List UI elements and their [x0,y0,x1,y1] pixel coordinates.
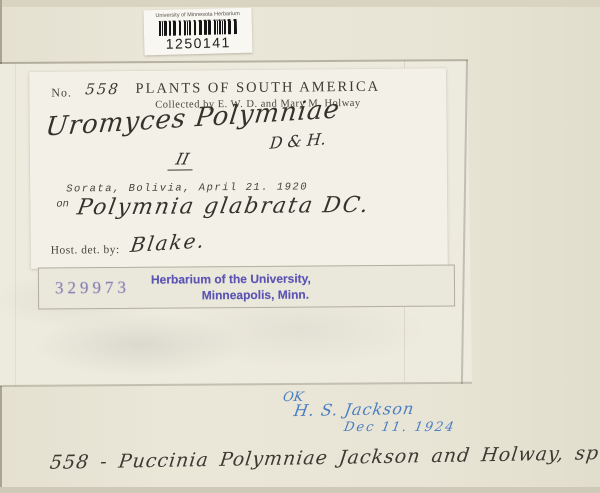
host-name-handwritten: Polymnia glabrata DC. [75,193,372,221]
barcode-institution-text: University of Minnesota Herbarium [155,11,239,19]
species-author-handwritten: D & H. [269,129,327,153]
label-title: PLANTS OF SOUTH AMERICA [69,78,446,98]
spore-stage-numeral: II [167,149,197,170]
host-prefix-typed: on [56,198,69,210]
host-line: on Polymnia glabrata DC. [56,193,369,221]
herbarium-stamp-line1: Herbarium of the University, [151,272,309,287]
barcode-sticker: University of Minnesota Herbarium 125014… [143,8,252,56]
herbarium-stamp-line2: Minneapolis, Minn. [151,288,309,303]
herbarium-specimen-scan: { "barcode": { "institution": "Universit… [0,0,600,493]
host-det-caption: Host. det. by: [51,244,120,257]
determiner-signature: H. S. Jackson [293,399,416,420]
stamp-slip: 329973 Herbarium of the University, Minn… [38,265,455,310]
herbarium-stamp: Herbarium of the University, Minneapolis… [151,272,309,303]
accession-number-stamp: 329973 [55,278,130,299]
photo-bottom-edge [0,487,600,493]
photo-top-edge [0,0,600,7]
barcode-number: 1250141 [166,34,231,52]
collection-label: No. 558 PLANTS OF SOUTH AMERICA Collecte… [29,68,448,269]
bottom-determination-note: 558 - Puccinia Polymniae Jackson and Hol… [49,442,600,474]
host-det-value-handwritten: Blake. [129,228,208,257]
packet-fold-line [15,60,16,386]
determination-date: Dec 11. 1924 [343,420,457,435]
